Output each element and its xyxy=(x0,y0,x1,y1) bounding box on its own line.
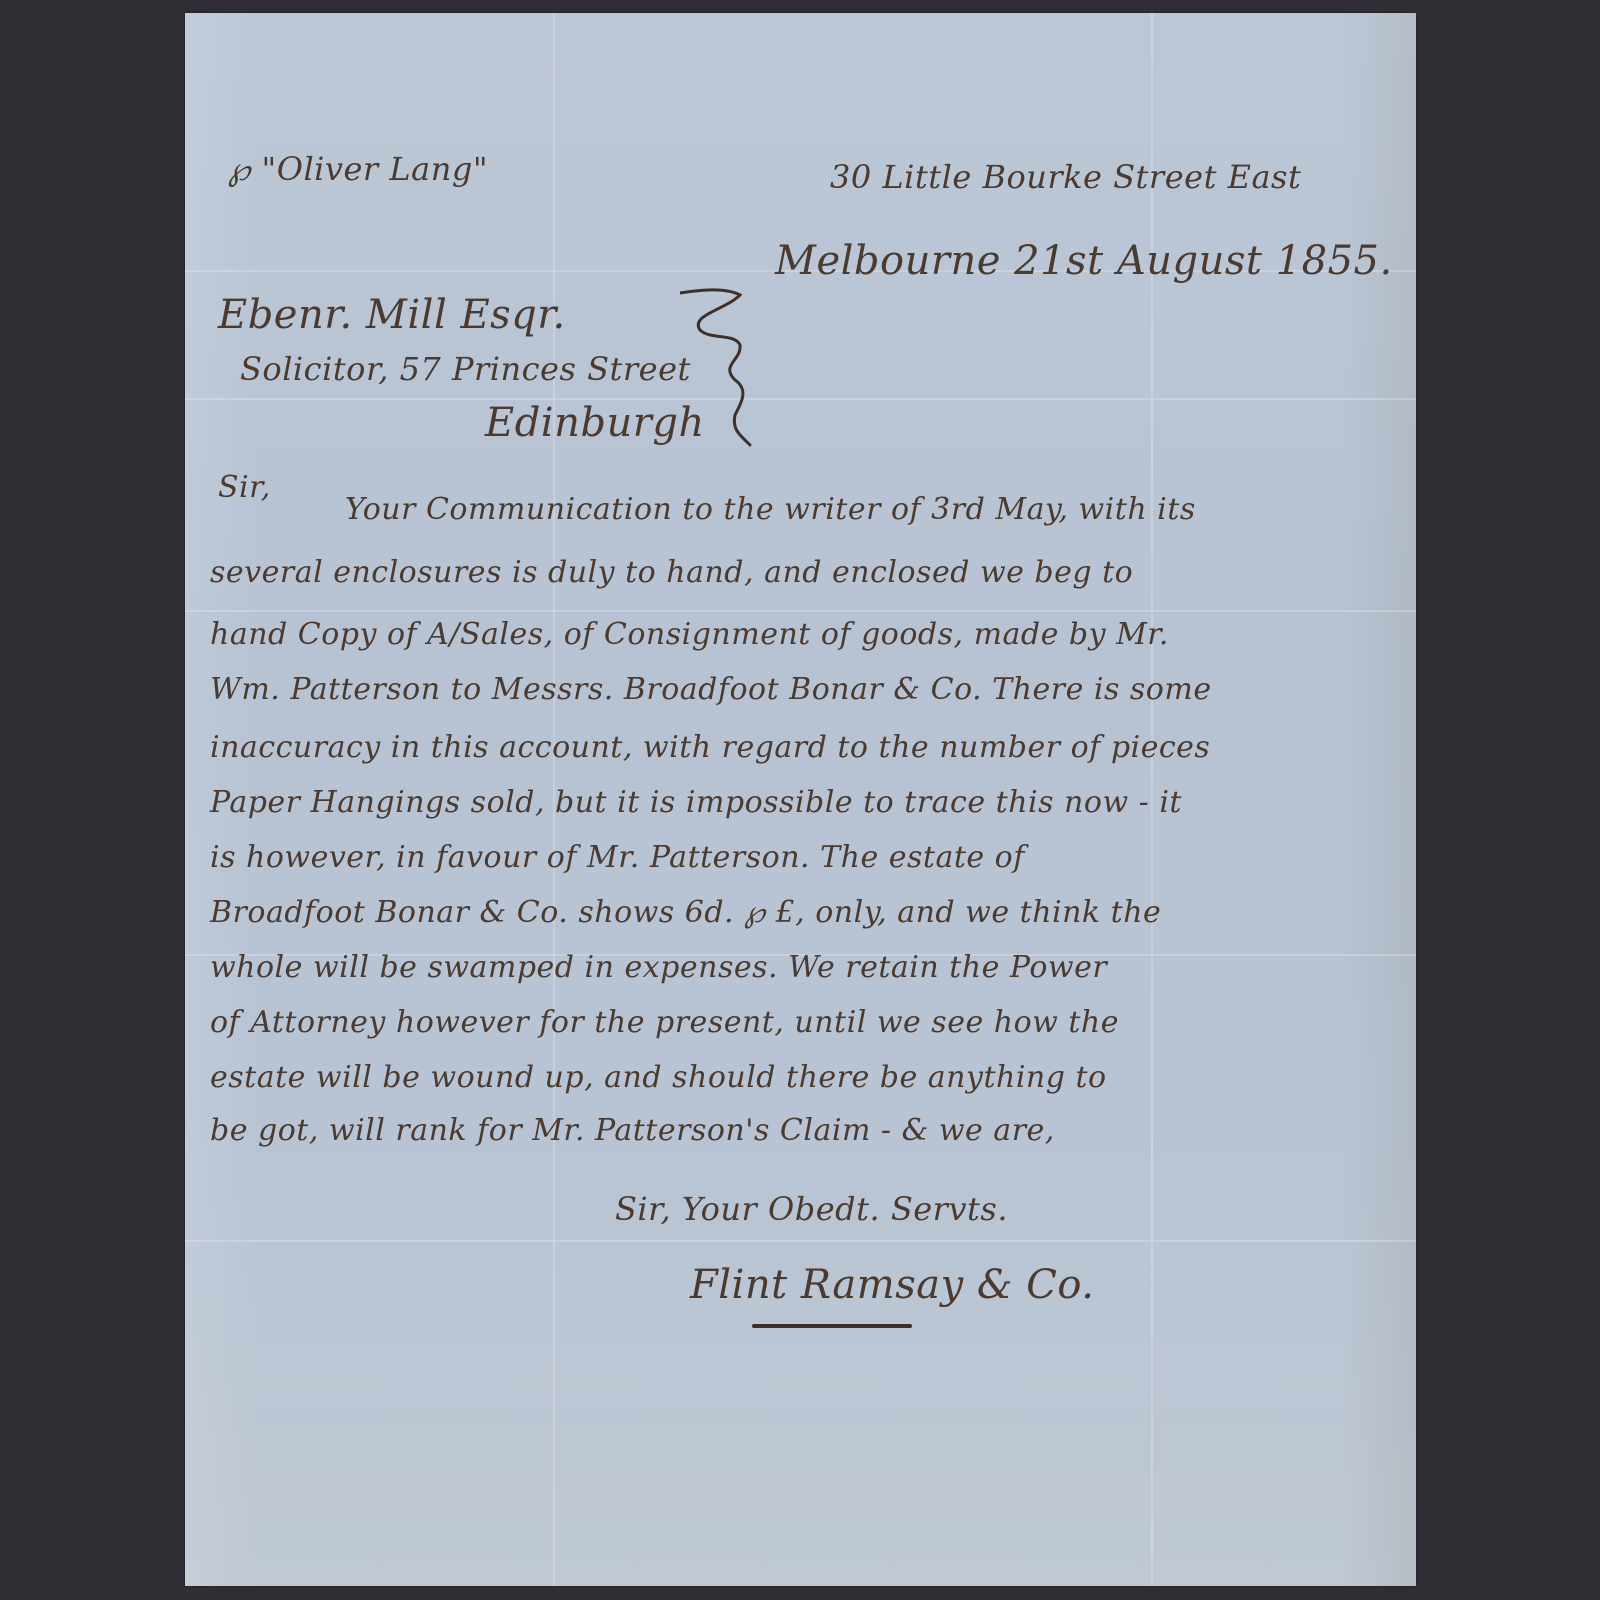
salutation: Sir, xyxy=(218,470,271,505)
signature: Flint Ramsay & Co. xyxy=(690,1262,1094,1308)
fold-crease-horizontal xyxy=(185,610,1416,612)
body-line: Wm. Patterson to Messrs. Broadfoot Bonar… xyxy=(210,672,1212,707)
body-line: is however, in favour of Mr. Patterson. … xyxy=(210,840,1025,875)
body-line: Broadfoot Bonar & Co. shows 6d. ℘ £, onl… xyxy=(210,895,1161,930)
body-line: whole will be swamped in expenses. We re… xyxy=(210,950,1107,985)
body-line: Your Communication to the writer of 3rd … xyxy=(345,492,1196,527)
recipient-title-address: Solicitor, 57 Princes Street xyxy=(240,350,691,388)
address-brace xyxy=(680,285,820,455)
recipient-city: Edinburgh xyxy=(485,400,705,446)
body-line: estate will be wound up, and should ther… xyxy=(210,1060,1107,1095)
fold-crease-horizontal xyxy=(185,1240,1416,1242)
signature-underline xyxy=(752,1324,912,1328)
sender-address: 30 Little Bourke Street East xyxy=(830,158,1301,196)
body-line: be got, will rank for Mr. Patterson's Cl… xyxy=(210,1113,1055,1148)
body-line: hand Copy of A/Sales, of Consignment of … xyxy=(210,617,1169,652)
recipient-name: Ebenr. Mill Esqr. xyxy=(218,292,566,338)
body-line: inaccuracy in this account, with regard … xyxy=(210,730,1210,765)
closing: Sir, Your Obedt. Servts. xyxy=(615,1190,1008,1228)
ship-line: ℘ "Oliver Lang" xyxy=(228,150,488,188)
body-line: Paper Hangings sold, but it is impossibl… xyxy=(210,785,1182,820)
place-date: Melbourne 21st August 1855. xyxy=(775,238,1393,284)
body-line: several enclosures is duly to hand, and … xyxy=(210,555,1133,590)
body-line: of Attorney however for the present, unt… xyxy=(210,1005,1119,1040)
